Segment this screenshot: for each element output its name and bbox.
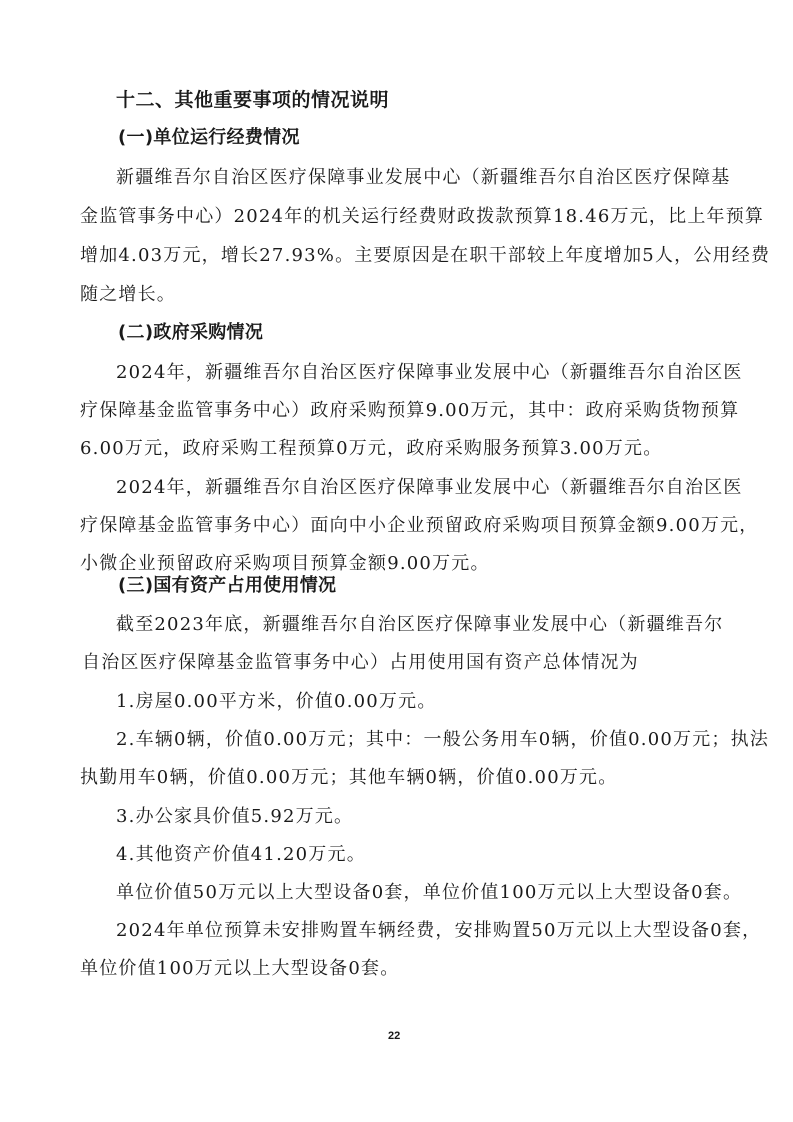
paragraph-line: 随之增长。 bbox=[80, 284, 176, 306]
paragraph-line: 自治区医疗保障基金监管事务中心）占用使用国有资产总体情况为 bbox=[82, 652, 639, 674]
paragraph-line: 疗保障基金监管事务中心）面向中小企业预留政府采购项目预算金额9.00万元， bbox=[80, 515, 758, 537]
section-title: 十二、其他重要事项的情况说明 bbox=[116, 89, 389, 111]
subsection-heading-1: (一)单位运行经费情况 bbox=[118, 127, 300, 149]
subsection-heading-2: (二)政府采购情况 bbox=[118, 322, 263, 344]
list-item: 2.车辆0辆，价值0.00万元；其中：一般公务用车0辆，价值0.00万元；执法 bbox=[116, 729, 769, 751]
list-item: 执勤用车0辆，价值0.00万元；其他车辆0辆，价值0.00万元。 bbox=[80, 767, 617, 789]
subsection-heading-3: (三)国有资产占用使用情况 bbox=[118, 575, 336, 597]
paragraph-line: 新疆维吾尔自治区医疗保障事业发展中心（新疆维吾尔自治区医疗保障基 bbox=[116, 167, 730, 189]
paragraph-line: 小微企业预留政府采购项目预算金额9.00万元。 bbox=[80, 553, 490, 575]
page-number: 22 bbox=[388, 1030, 400, 1042]
list-item: 3.办公家具价值5.92万元。 bbox=[116, 806, 353, 828]
paragraph-line: 单位价值50万元以上大型设备0套，单位价值100万元以上大型设备0套。 bbox=[116, 882, 742, 904]
paragraph-line: 2024年，新疆维吾尔自治区医疗保障事业发展中心（新疆维吾尔自治区医 bbox=[116, 477, 743, 499]
paragraph-line: 疗保障基金监管事务中心）政府采购预算9.00万元，其中：政府采购货物预算 bbox=[80, 400, 739, 422]
paragraph-line: 增加4.03万元，增长27.93%。主要原因是在职干部较上年度增加5人，公用经费 bbox=[80, 245, 770, 267]
paragraph-line: 单位价值100万元以上大型设备0套。 bbox=[80, 958, 399, 980]
list-item: 4.其他资产价值41.20万元。 bbox=[116, 844, 366, 866]
list-item: 1.房屋0.00平方米，价值0.00万元。 bbox=[116, 691, 437, 713]
paragraph-line: 2024年单位预算未安排购置车辆经费，安排购置50万元以上大型设备0套， bbox=[116, 920, 761, 942]
paragraph-line: 截至2023年底，新疆维吾尔自治区医疗保障事业发展中心（新疆维吾尔 bbox=[116, 614, 723, 636]
paragraph-line: 2024年，新疆维吾尔自治区医疗保障事业发展中心（新疆维吾尔自治区医 bbox=[116, 362, 743, 384]
paragraph-line: 6.00万元，政府采购工程预算0万元，政府采购服务预算3.00万元。 bbox=[80, 438, 662, 460]
paragraph-line: 金监管事务中心）2024年的机关运行经费财政拨款预算18.46万元，比上年预算 bbox=[80, 206, 764, 228]
